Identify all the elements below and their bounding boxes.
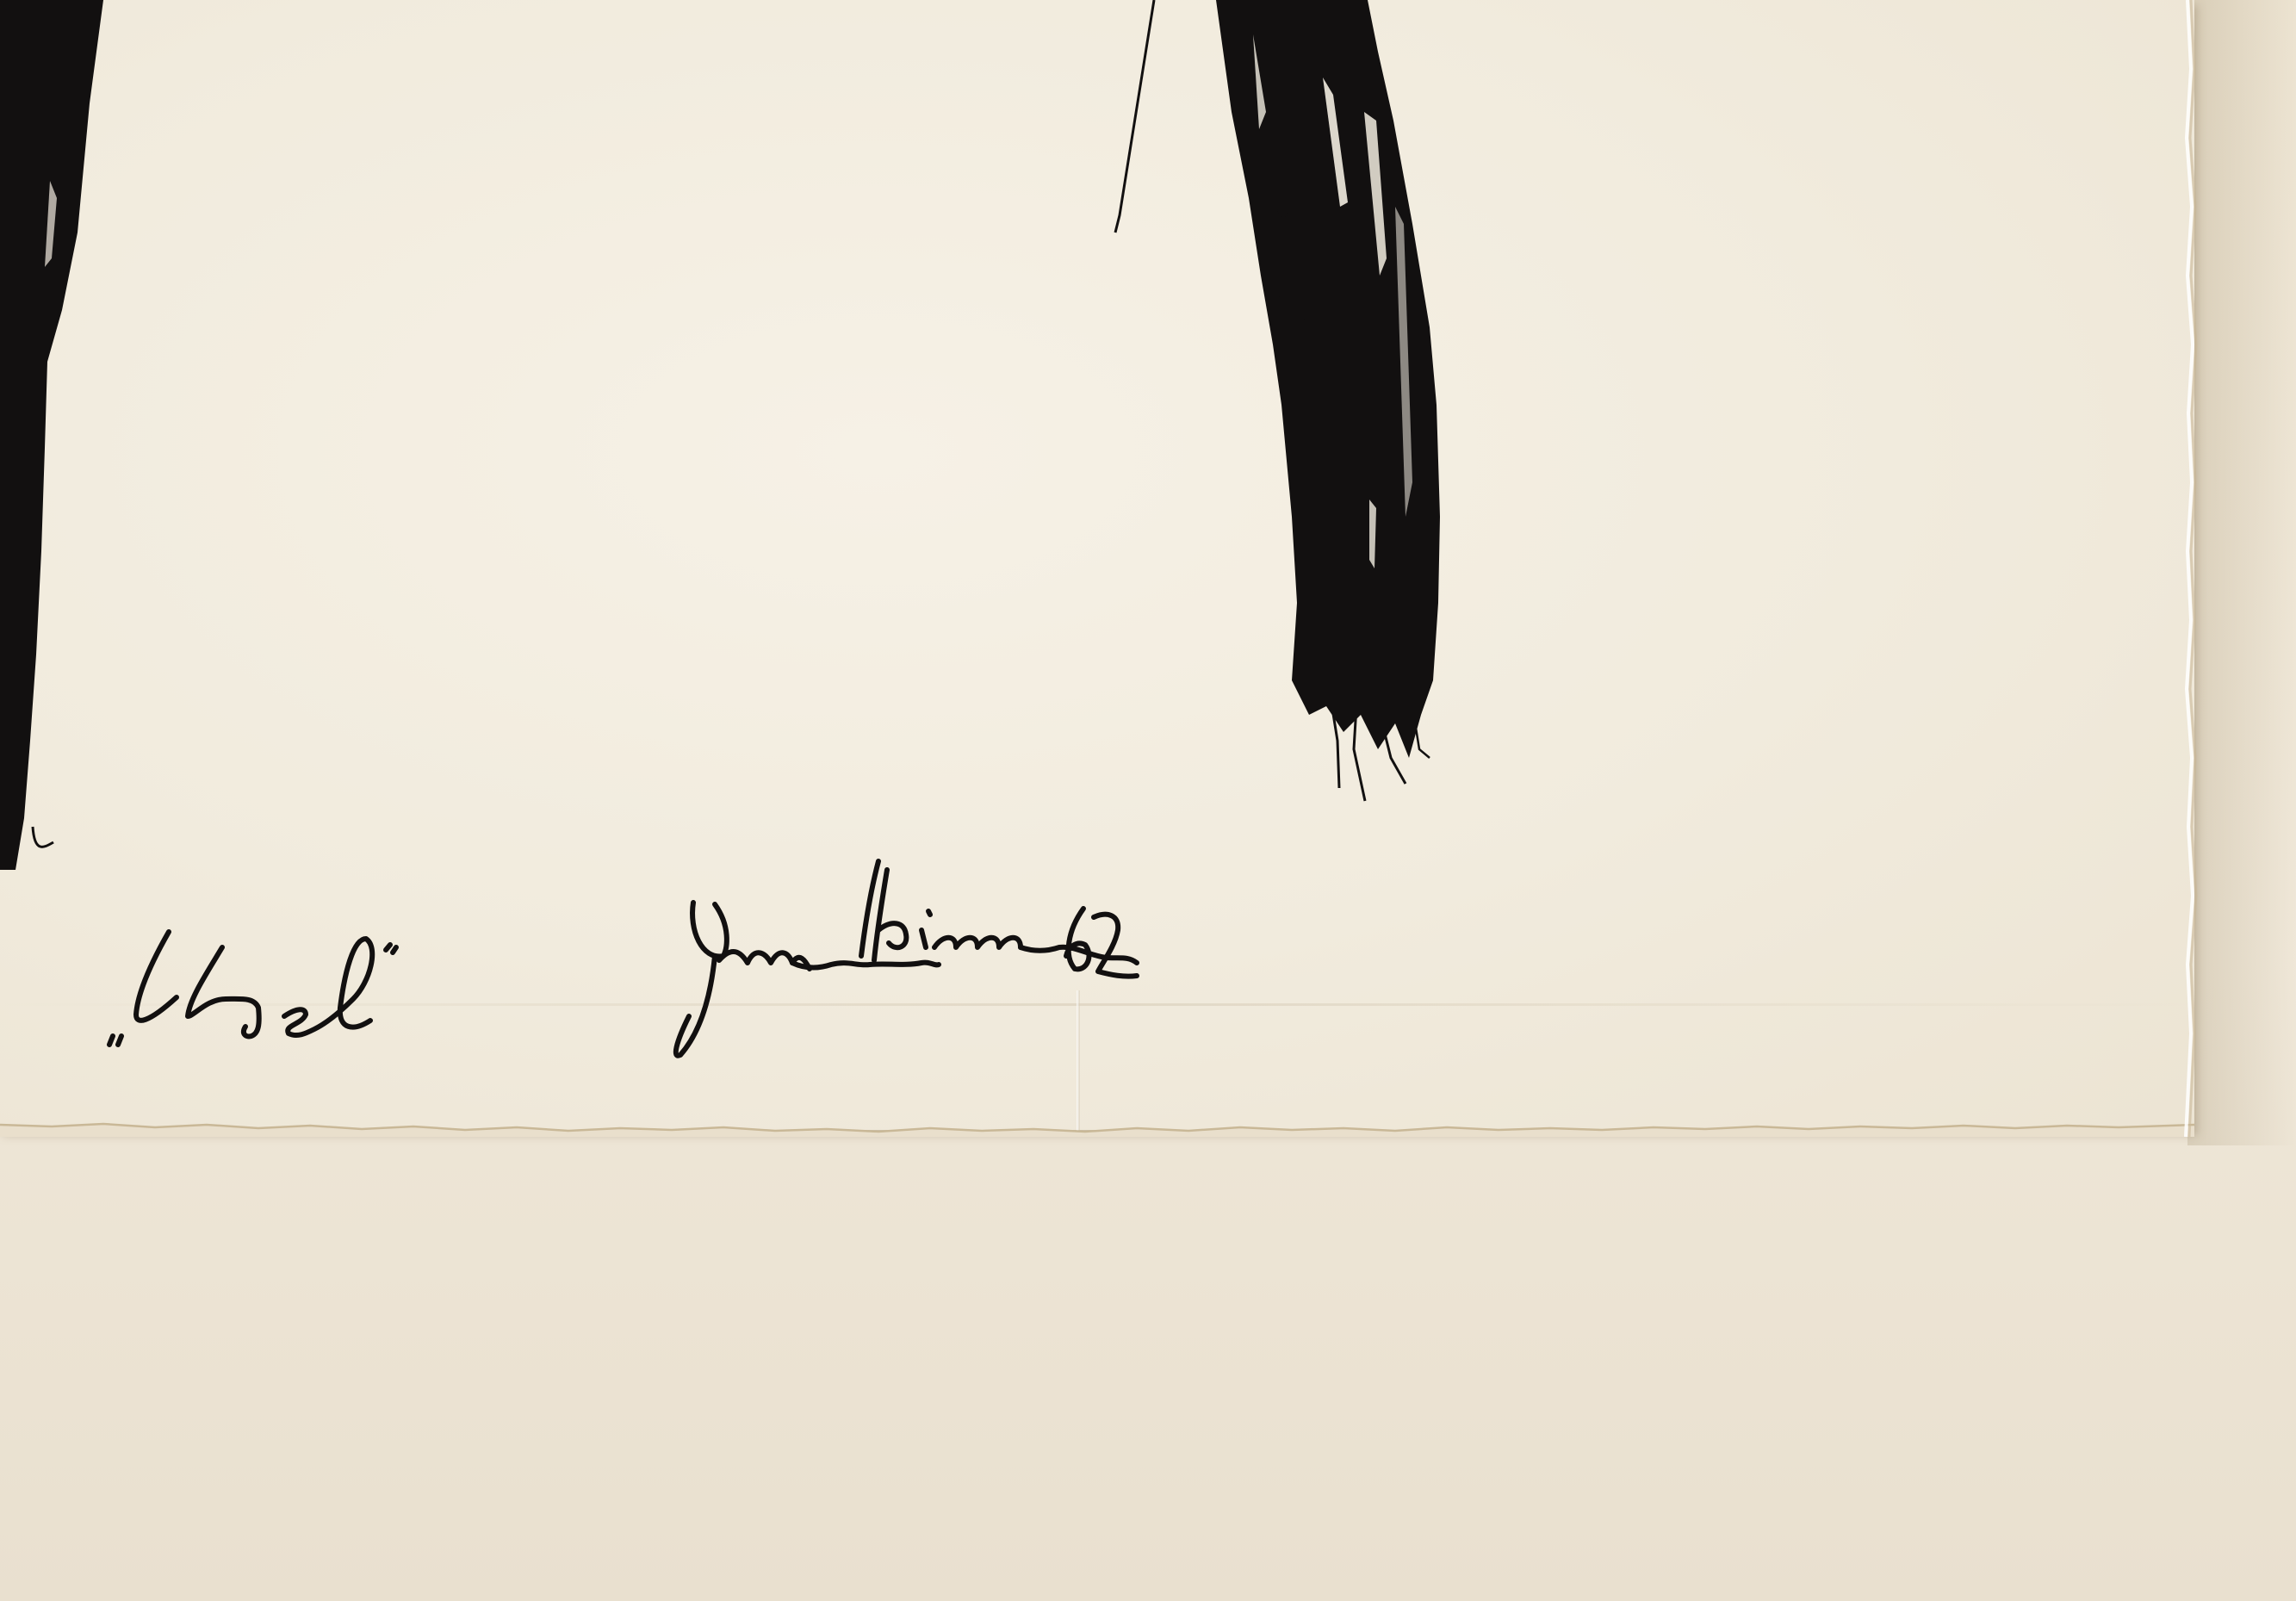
ink-artwork [0,0,2296,1601]
inscription-title [109,932,396,1045]
center-brush-stroke [1115,0,1440,801]
left-brush-stroke [0,0,103,870]
signature-year [1066,909,1137,977]
